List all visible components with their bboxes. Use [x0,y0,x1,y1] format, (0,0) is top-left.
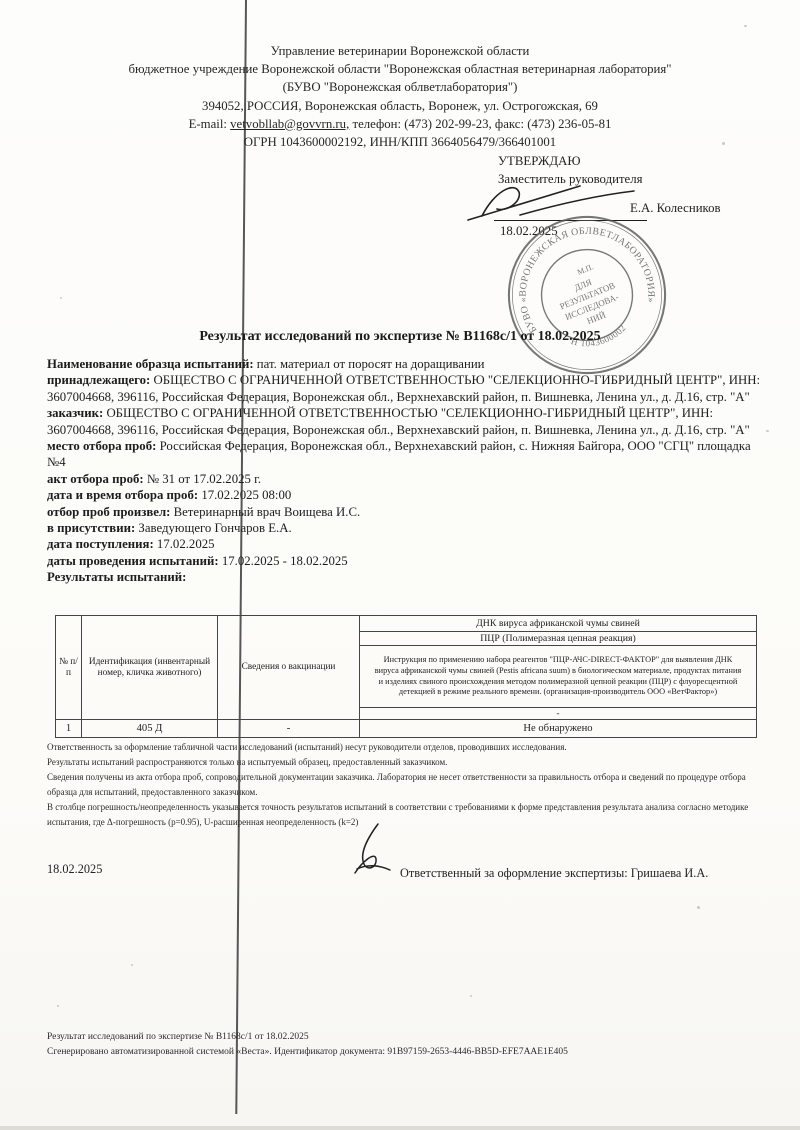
approve-label: УТВЕРЖДАЮ [498,152,642,170]
detail-witness: в присутствии: Заведующего Гончаров Е.А. [47,520,761,536]
scan-speck [60,297,62,299]
results-label: Результаты испытаний: [47,570,186,584]
table-row: 1 405 Д - Не обнаружено [56,720,757,738]
footnote: Результаты испытаний распространяются то… [47,755,763,770]
scan-speck [697,906,700,909]
footer-generated-by: Сгенерировано автоматизированной системо… [47,1045,763,1060]
footer-expertise-ref: Результат исследований по экспертизе № В… [47,1030,763,1045]
detail-value: ОБЩЕСТВО С ОГРАНИЧЕННОЙ ОТВЕТСТВЕННОСТЬЮ… [47,373,760,403]
org-registration: ОГРН 1043600002192, ИНН/КПП 3664056479/3… [0,133,800,151]
detail-receipt-date: дата поступления: 17.02.2025 [47,536,761,552]
detail-label: место отбора проб: [47,439,156,453]
cell-result: Не обнаружено [360,720,757,738]
org-address: 394052, РОССИЯ, Воронежская область, Вор… [0,97,800,115]
footnote: Ответственность за оформление табличной … [47,740,763,755]
col-header-identification: Идентификация (инвентарный номер, кличка… [82,616,218,720]
detail-value: № 31 от 17.02.2025 г. [147,472,261,486]
detail-value: Ветеринарный врач Воищева И.С. [174,505,361,519]
org-contacts-line: E-mail: vetvobllab@govvrn.ru, телефон: (… [0,115,800,133]
detail-label: дата и время отбора проб: [47,488,198,502]
stamp-mp-text: М.П. [576,262,595,277]
detail-label: дата поступления: [47,537,154,551]
col-header-num: № п/п [56,616,82,720]
email-label: E-mail: [189,117,227,131]
detail-label: принадлежащего: [47,373,150,387]
phone-fax: телефон: (473) 202-99-23, факс: (473) 23… [352,117,611,131]
detail-sampled-by: отбор проб произвел: Ветеринарный врач В… [47,504,761,520]
detail-sampling-datetime: дата и время отбора проб: 17.02.2025 08:… [47,487,761,503]
detail-value: 17.02.2025 [157,537,215,551]
scan-speck [131,964,133,966]
document-title: Результат исследований по экспертизе № В… [0,329,800,345]
detail-owner: принадлежащего: ОБЩЕСТВО С ОГРАНИЧЕННОЙ … [47,372,761,405]
responsible-person: Ответственный за оформление экспертизы: … [400,866,708,881]
scanned-page: Управление ветеринарии Воронежской облас… [0,0,800,1130]
scan-speck [766,430,769,432]
detail-label: даты проведения испытаний: [47,554,219,568]
expert-signature [348,820,396,878]
footnotes-section: Ответственность за оформление табличной … [47,740,763,830]
scan-speck [470,995,472,997]
results-table: № п/п Идентификация (инвентарный номер, … [55,615,757,738]
signoff-date: 18.02.2025 [47,862,102,877]
detail-value: 17.02.2025 08:00 [201,488,291,502]
col-header-method-details: Инструкция по применению набора реагенто… [360,646,757,708]
scan-speck [744,25,747,27]
detail-sample-name: Наименование образца испытаний: пат. мат… [47,356,761,372]
detail-sampling-act: акт отбора проб: № 31 от 17.02.2025 г. [47,471,761,487]
scan-speck [57,1005,59,1007]
detail-customer: заказчик: ОБЩЕСТВО С ОГРАНИЧЕННОЙ ОТВЕТС… [47,405,761,438]
detail-label: отбор проб произвел: [47,505,170,519]
detail-value: Заведующего Гончаров Е.А. [138,521,291,535]
results-heading: Результаты испытаний: [47,569,761,585]
detail-test-dates: даты проведения испытаний: 17.02.2025 - … [47,553,761,569]
detail-label: акт отбора проб: [47,472,144,486]
col-header-method: ПЦР (Полимеразная цепная реакция) [360,632,757,646]
cell-num: 1 [56,720,82,738]
detail-label: в присутствии: [47,521,135,535]
col-header-uncertainty: - [360,708,757,720]
detail-value: ОБЩЕСТВО С ОГРАНИЧЕННОЙ ОТВЕТСТВЕННОСТЬЮ… [47,406,750,436]
col-header-test-name: ДНК вируса африканской чумы свиней [360,616,757,632]
scan-edge-shadow [0,1126,800,1130]
cell-identification: 405 Д [82,720,218,738]
footnote: В столбце погрешность/неопределенность у… [47,800,763,830]
email-link[interactable]: vetvobllab@govvrn.ru, [230,117,349,131]
detail-value: пат. материал от поросят на доращивании [257,357,485,371]
details-section: Наименование образца испытаний: пат. мат… [47,356,761,586]
detail-value: 17.02.2025 - 18.02.2025 [222,554,348,568]
org-name-line3: (БУВО "Воронежская облветлаборатория") [0,78,800,96]
footnote: Сведения получены из акта отбора проб, с… [47,770,763,800]
document-footer: Результат исследований по экспертизе № В… [47,1030,763,1059]
detail-sampling-place: место отбора проб: Российская Федерация,… [47,438,761,471]
cell-vaccination: - [218,720,360,738]
col-header-vaccination: Сведения о вакцинации [218,616,360,720]
detail-label: заказчик: [47,406,103,420]
detail-label: Наименование образца испытаний: [47,357,254,371]
letterhead: Управление ветеринарии Воронежской облас… [0,42,800,151]
org-name-line1: Управление ветеринарии Воронежской облас… [0,42,800,60]
scan-speck [722,142,725,145]
org-name-line2: бюджетное учреждение Воронежской области… [0,60,800,78]
